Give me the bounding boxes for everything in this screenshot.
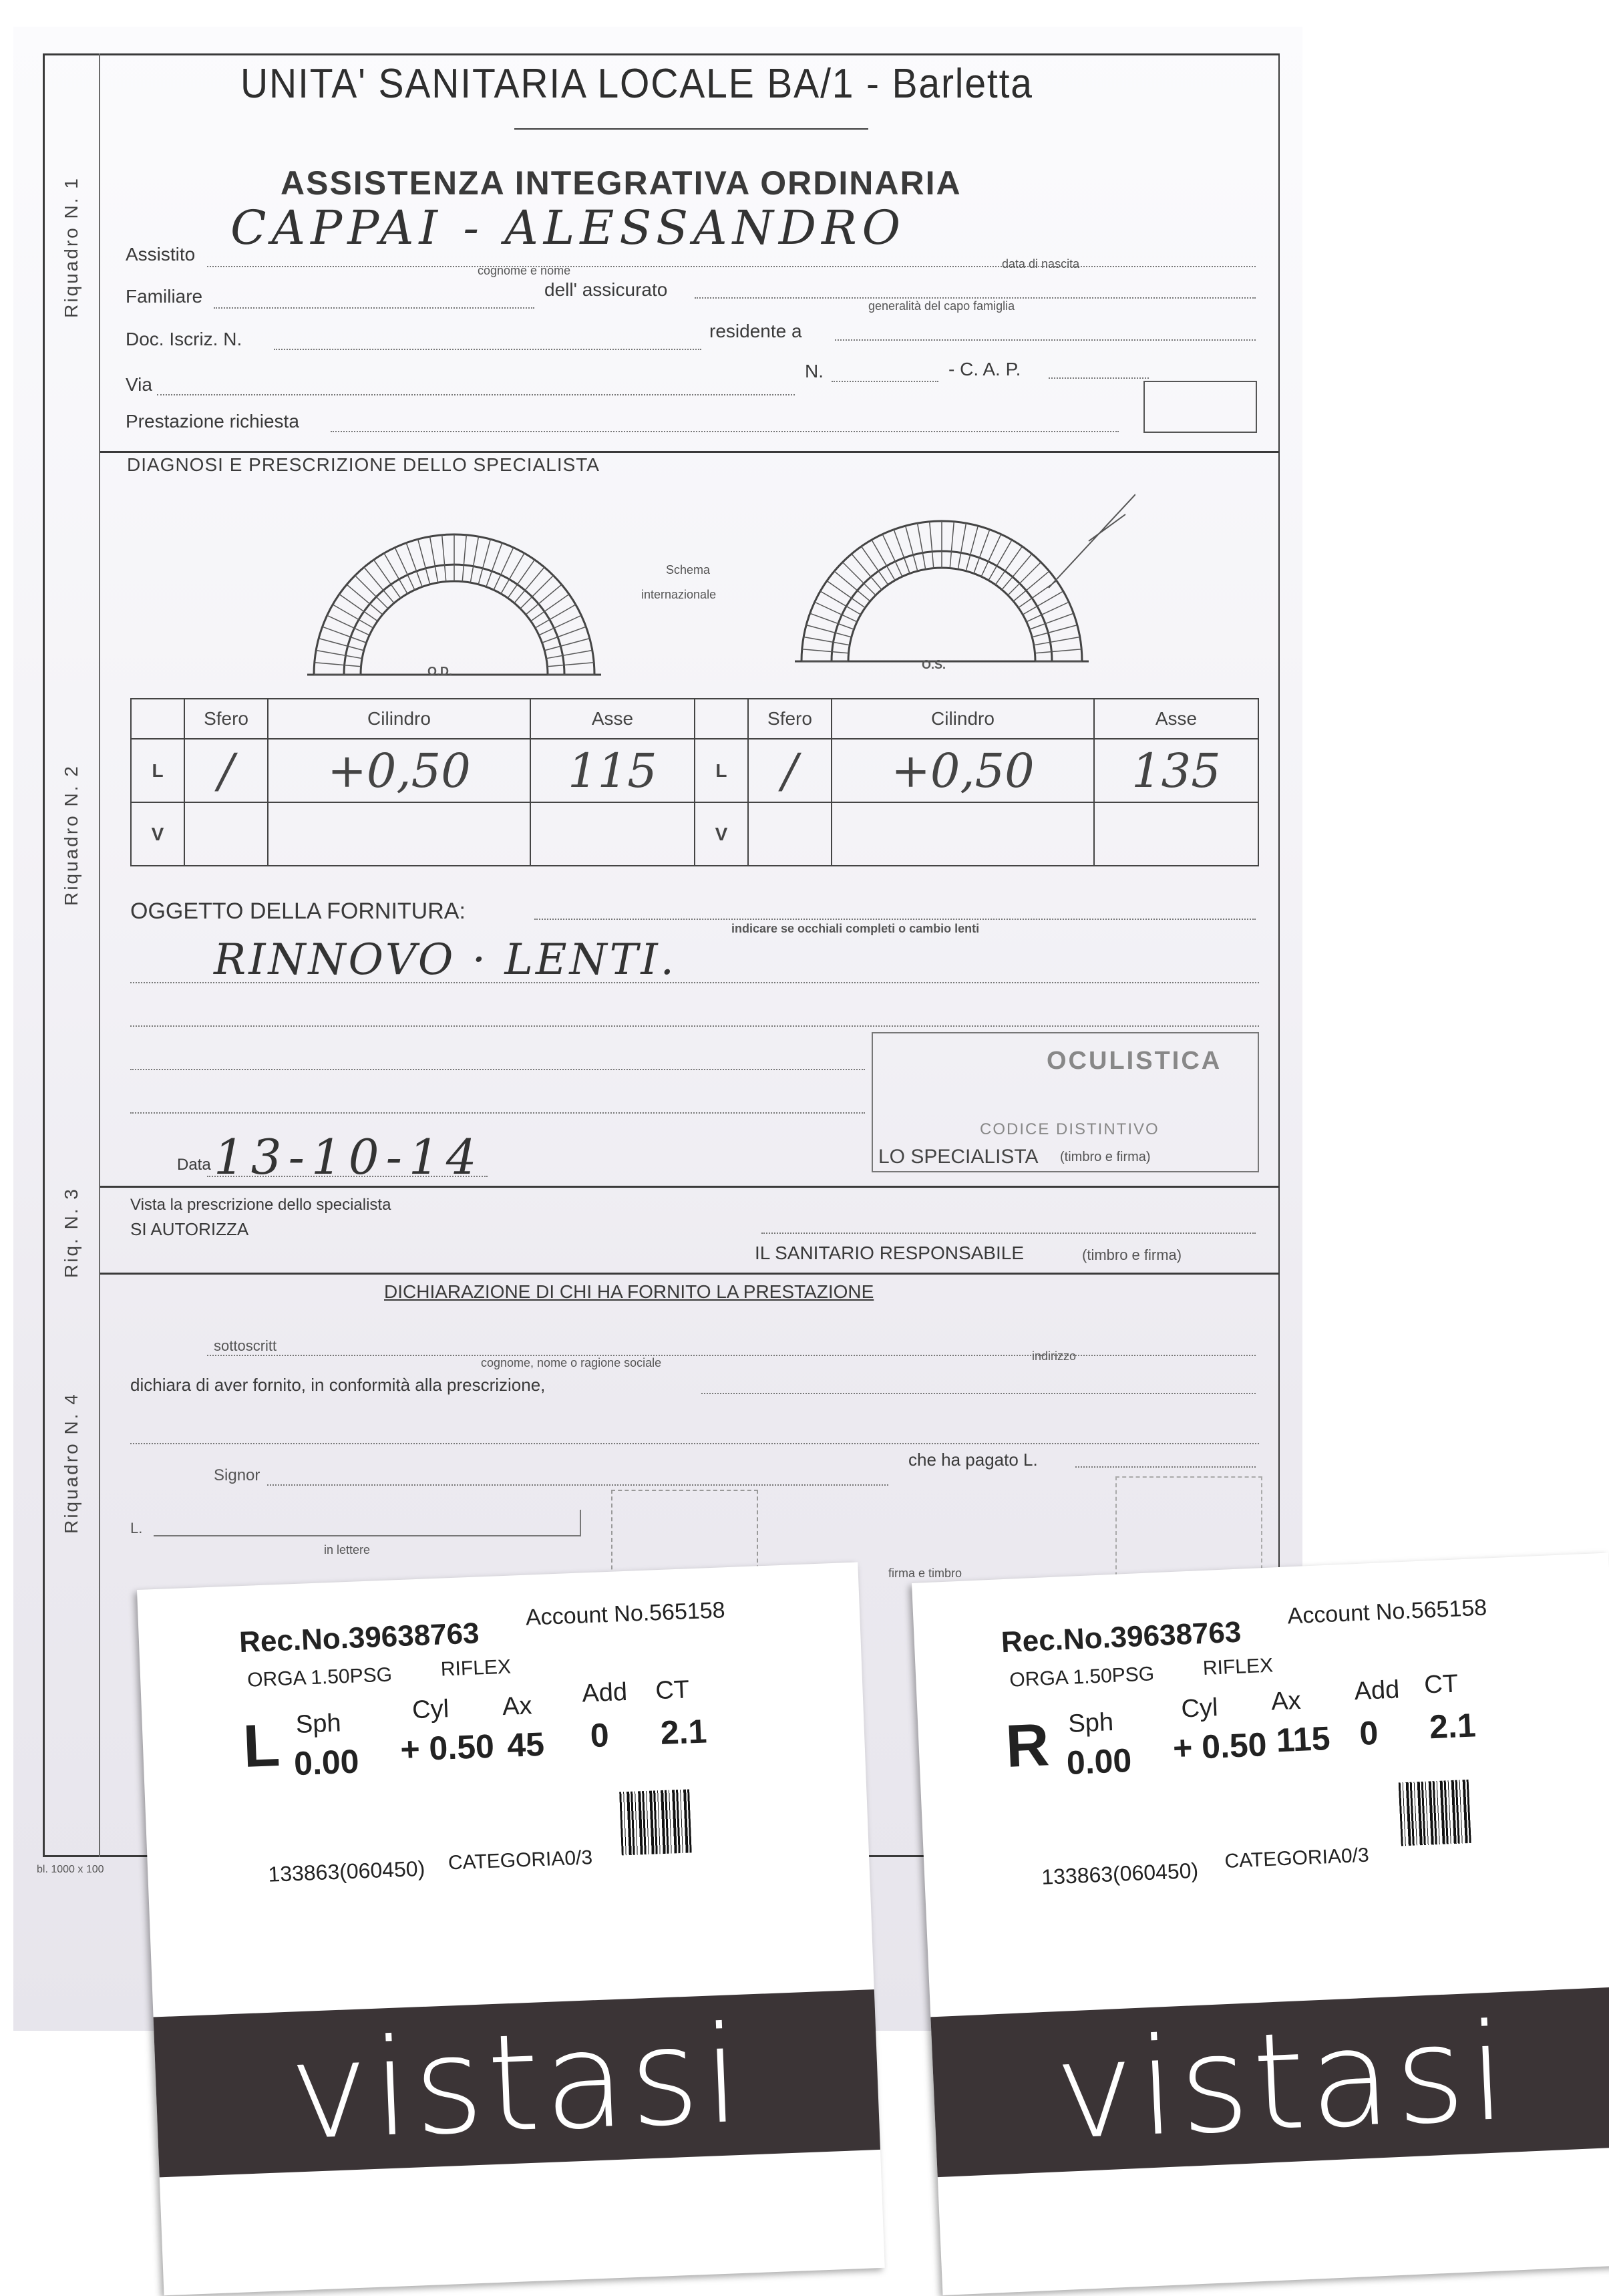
value-ax: 45: [506, 1725, 545, 1765]
supply-line: [534, 919, 1256, 920]
os-axis-protractor-icon: [761, 468, 1135, 681]
supply-line-3: [130, 1025, 1259, 1027]
lens-category: CATEGORIA0/3: [448, 1846, 592, 1874]
value-ct: 2.1: [1429, 1705, 1477, 1746]
os-cilindro-l[interactable]: +0,50: [832, 739, 1094, 802]
header-ax: Ax: [1270, 1687, 1301, 1717]
value-add: 0: [1359, 1713, 1379, 1753]
code-box[interactable]: [1143, 381, 1257, 433]
specialist-stamp: OCULISTICA CODICE DISTINTIVO LO SPECIALI…: [872, 1032, 1259, 1172]
col-sfero-od: Sfero: [184, 699, 268, 739]
authorization-line1: Vista la prescrizione dello specialista: [130, 1196, 391, 1214]
pagato-field[interactable]: [1075, 1466, 1256, 1468]
dichiara-field-2[interactable]: [130, 1443, 1259, 1444]
responsible-hint: (timbro e firma): [1082, 1247, 1182, 1264]
row-label-l-os: L: [695, 739, 748, 802]
os-asse-v[interactable]: [1094, 802, 1258, 866]
dichiara-field[interactable]: [701, 1393, 1256, 1394]
rec-no: Rec.No.39638763: [1001, 1616, 1242, 1660]
coating-name: RIFLEX: [440, 1656, 511, 1681]
value-cyl: + 0.50: [1172, 1725, 1268, 1768]
brand-logo: vistasi: [1052, 1994, 1513, 2169]
lens-category: CATEGORIA0/3: [1224, 1844, 1369, 1873]
lens-label-right: Rec.No.39638763 Account No.565158 ORGA 1…: [912, 1552, 1609, 2295]
assistito-field[interactable]: CAPPAI - ALESSANDRO: [230, 200, 906, 255]
od-cilindro-l[interactable]: +0,50: [268, 739, 530, 802]
pagato-label: che ha pagato L.: [908, 1450, 1038, 1470]
dichiara-text: dichiara di aver fornito, in conformità …: [130, 1375, 545, 1396]
date-label: Data: [177, 1156, 211, 1174]
os-asse-l[interactable]: 135: [1094, 739, 1258, 802]
firma-hint: firma e timbro: [888, 1567, 962, 1581]
barcode-icon: [1399, 1780, 1471, 1846]
responsible-signature-line[interactable]: [761, 1233, 1256, 1234]
stamp-oculistica: OCULISTICA: [1047, 1047, 1222, 1076]
product-name: ORGA 1.50PSG: [1009, 1663, 1155, 1691]
row-label-v-os: V: [695, 802, 748, 866]
os-sfero-l[interactable]: /: [748, 739, 832, 802]
value-sph: 0.00: [1066, 1741, 1133, 1782]
header-ct: CT: [1423, 1669, 1458, 1699]
lettere-hint: in lettere: [324, 1543, 370, 1557]
scheme-label-1: Schema: [666, 563, 710, 577]
sottoscritt-label: sottoscritt: [214, 1337, 277, 1355]
responsible-label: IL SANITARIO RESPONSABILE: [755, 1243, 1024, 1264]
prescription-table: Sfero Cilindro Asse Sfero Cilindro Asse …: [130, 698, 1259, 866]
data-nascita-hint: data di nascita: [1002, 257, 1079, 271]
section-label-1: Riquadro N. 1: [43, 107, 100, 387]
assistito-line: [207, 266, 1256, 267]
od-sfero-v[interactable]: [184, 802, 268, 866]
od-cilindro-v[interactable]: [268, 802, 530, 866]
row-label-v: V: [131, 802, 184, 866]
os-cilindro-v[interactable]: [832, 802, 1094, 866]
col-sfero-os: Sfero: [748, 699, 832, 739]
amount-words-field[interactable]: [154, 1510, 581, 1536]
signor-field[interactable]: [267, 1484, 888, 1486]
cap-label: - C. A. P.: [948, 359, 1021, 380]
sottoscritt-field[interactable]: [207, 1355, 1256, 1356]
lens-side: R: [1005, 1711, 1051, 1782]
header-add: Add: [582, 1678, 628, 1709]
value-add: 0: [590, 1715, 610, 1755]
residente-field[interactable]: [835, 339, 1256, 341]
form-subtitle: ASSISTENZA INTEGRATIVA ORDINARIA: [281, 164, 962, 202]
coating-name: RIFLEX: [1202, 1655, 1273, 1681]
od-asse-v[interactable]: [530, 802, 695, 866]
cognome-hint: cognome, nome o ragione sociale: [481, 1356, 661, 1370]
value-cyl: + 0.50: [399, 1727, 495, 1769]
via-label: Via: [126, 374, 152, 395]
print-code: bl. 1000 x 100: [37, 1864, 104, 1876]
indirizzo-hint: indirizzo: [1032, 1349, 1076, 1363]
od-label: O.D.: [427, 665, 452, 679]
col-cilindro-od: Cilindro: [268, 699, 530, 739]
account-no: Account No.565158: [1287, 1595, 1487, 1629]
value-sph: 0.00: [293, 1742, 359, 1783]
cognome-nome-hint: cognome e nome: [478, 264, 570, 278]
form-title: UNITA' SANITARIA LOCALE BA/1 - Barletta: [240, 60, 1033, 108]
l-label: L.: [130, 1520, 142, 1537]
table-row-lontano: L / +0,50 115 L / +0,50 135: [131, 739, 1258, 802]
divider-section-4: [100, 1273, 1280, 1275]
title-underline: [514, 128, 868, 130]
os-label: O.S.: [922, 658, 946, 672]
lens-code: 133863(060450): [1041, 1858, 1199, 1890]
col-asse-od: Asse: [530, 699, 695, 739]
lens-side: L: [242, 1711, 281, 1782]
stamp-codice: CODICE DISTINTIVO: [980, 1120, 1159, 1139]
header-add: Add: [1354, 1675, 1400, 1706]
header-ax: Ax: [502, 1691, 532, 1721]
prestazione-field[interactable]: [331, 431, 1119, 432]
numero-label: N.: [805, 361, 824, 382]
row-label-l: L: [131, 739, 184, 802]
assicurato-label: dell' assicurato: [544, 279, 667, 301]
familiare-label: Familiare: [126, 286, 202, 307]
cap-field[interactable]: [1049, 377, 1149, 379]
table-row-vicino: V V: [131, 802, 1258, 866]
supply-hint: indicare se occhiali completi o cambio l…: [731, 922, 979, 936]
value-ax: 115: [1276, 1719, 1331, 1760]
brand-logo: vistasi: [287, 1997, 747, 2170]
lens-code: 133863(060450): [268, 1856, 425, 1887]
signor-label: Signor: [214, 1466, 260, 1485]
od-sfero-l[interactable]: /: [184, 739, 268, 802]
prestazione-label: Prestazione richiesta: [126, 411, 299, 432]
numero-field[interactable]: [832, 381, 938, 382]
product-name: ORGA 1.50PSG: [247, 1663, 393, 1691]
supply-label: OGGETTO DELLA FORNITURA:: [130, 898, 466, 925]
authorization-line2: SI AUTORIZZA: [130, 1219, 248, 1240]
diagnosis-heading: DIAGNOSI E PRESCRIZIONE DELLO SPECIALIST…: [127, 454, 600, 476]
header-sph: Sph: [1068, 1708, 1114, 1739]
header-cyl: Cyl: [411, 1695, 450, 1725]
col-cilindro-os: Cilindro: [832, 699, 1094, 739]
specialist-hint: (timbro e firma): [1060, 1150, 1151, 1165]
section-label-3: Riq. N. 3: [43, 1182, 100, 1283]
via-field[interactable]: [157, 394, 795, 395]
header-sph: Sph: [295, 1709, 341, 1740]
od-asse-l[interactable]: 115: [530, 739, 695, 802]
familiare-field[interactable]: [214, 307, 534, 309]
lens-label-left: Rec.No.39638763 Account No.565158 ORGA 1…: [137, 1563, 885, 2296]
doc-iscriz-label: Doc. Iscriz. N.: [126, 329, 242, 350]
doc-iscriz-field[interactable]: [274, 349, 701, 350]
supply-line-2: [130, 982, 1259, 983]
assicurato-field[interactable]: [695, 297, 1256, 299]
header-ct: CT: [655, 1675, 690, 1705]
account-no: Account No.565158: [525, 1597, 725, 1631]
value-ct: 2.1: [660, 1711, 708, 1752]
capo-famiglia-hint: generalità del capo famiglia: [868, 299, 1015, 313]
section-label-4: Riquadro N. 4: [43, 1336, 100, 1590]
supply-line-4: [130, 1069, 865, 1070]
barcode-icon: [619, 1789, 692, 1855]
col-asse-os: Asse: [1094, 699, 1258, 739]
header-cyl: Cyl: [1181, 1693, 1219, 1724]
specialist-label: LO SPECIALISTA: [878, 1146, 1039, 1168]
residente-label: residente a: [709, 321, 802, 342]
divider-section-2: [100, 451, 1280, 453]
scheme-label-2: internazionale: [641, 588, 716, 602]
supply-field[interactable]: RINNOVO · LENTI.: [214, 935, 677, 985]
assistito-label: Assistito: [126, 244, 195, 265]
section-label-2: Riquadro N. 2: [43, 701, 100, 969]
brand-band: vistasi: [154, 1989, 880, 2177]
divider-section-3: [100, 1186, 1280, 1188]
os-sfero-v[interactable]: [748, 802, 832, 866]
brand-band: vistasi: [930, 1987, 1609, 2177]
rec-no: Rec.No.39638763: [238, 1617, 480, 1659]
od-axis-protractor-icon: [267, 481, 641, 695]
declaration-heading: DICHIARAZIONE DI CHI HA FORNITO LA PREST…: [384, 1281, 874, 1303]
supply-line-5: [130, 1112, 865, 1114]
date-line: [207, 1176, 488, 1177]
